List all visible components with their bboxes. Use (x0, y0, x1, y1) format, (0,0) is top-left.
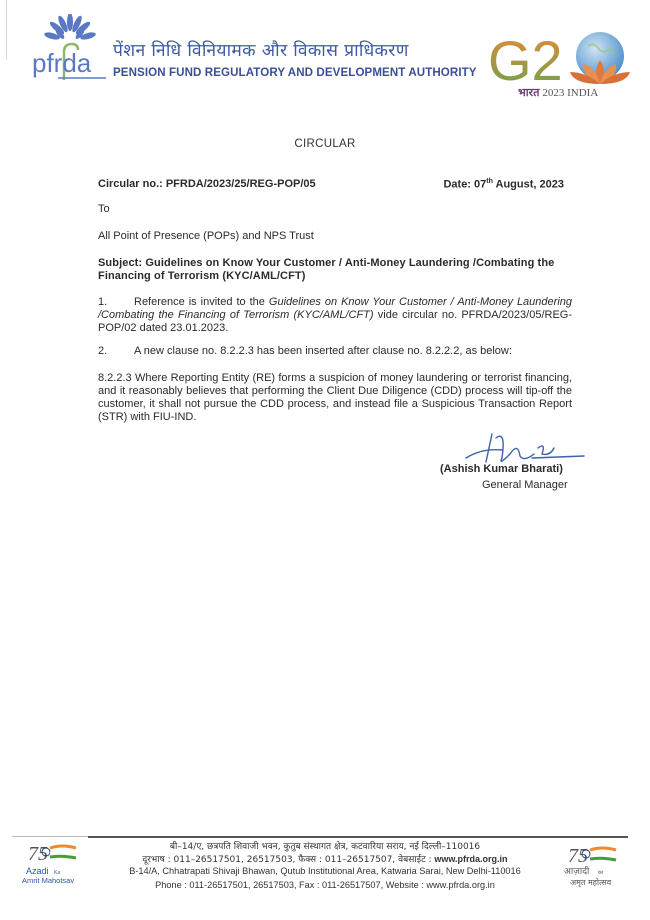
clause-8-2-2-3: 8.2.2.3 Where Reporting Entity (RE) form… (98, 372, 572, 424)
paragraph-2: 2.A new clause no. 8.2.2.3 has been inse… (98, 345, 572, 358)
footer-rule-left (12, 836, 88, 837)
svg-text:pfrda: pfrda (32, 48, 92, 78)
paragraph-text: A new clause no. 8.2.2.3 has been insert… (134, 345, 512, 357)
document-title: CIRCULAR (0, 138, 650, 150)
footer-website-link[interactable]: www.pfrda.org.in (434, 854, 507, 864)
date-sup: th (486, 178, 493, 185)
date-prefix: Date: 07 (443, 179, 486, 191)
signatory-name: (Ashish Kumar Bharati) (440, 463, 563, 475)
footer-rule (88, 836, 628, 838)
page-edge (6, 0, 7, 60)
org-name-hindi: पेंशन निधि विनियामक और विकास प्राधिकरण (113, 38, 409, 62)
paragraph-1: 1.Reference is invited to the Guidelines… (98, 296, 572, 335)
circular-date: Date: 07th August, 2023 (443, 178, 564, 191)
subject: Subject: Guidelines on Know Your Custome… (98, 257, 572, 283)
footer-address-english: B-14/A, Chhatrapati Shivaji Bhawan, Qutu… (0, 866, 650, 876)
footer-phone-hindi-text: दूरभाष : 011–26517501, 26517503, फैक्स :… (142, 855, 434, 865)
addressee: All Point of Presence (POPs) and NPS Tru… (98, 230, 314, 242)
azadi-ka-amrit-mahotsav-hindi-logo: 75 आज़ादी का अमृत महोत्सव (560, 842, 630, 888)
signature-scribble (462, 428, 587, 468)
paragraph-text: Reference is invited to the (134, 296, 269, 308)
paragraph-number: 2. (98, 345, 134, 358)
svg-text:आज़ादी: आज़ादी (564, 865, 590, 877)
footer-phone-hindi: दूरभाष : 011–26517501, 26517503, फैक्स :… (0, 852, 650, 865)
date-suffix: August, 2023 (493, 179, 564, 191)
to-label: To (98, 203, 110, 215)
paragraph-number: 1. (98, 296, 134, 309)
footer-address-hindi: बी–14/ए, छत्रपति शिवाजी भवन, कुतुब संस्थ… (0, 839, 650, 852)
svg-text:अमृत महोत्सव: अमृत महोत्सव (570, 877, 612, 888)
g20-caption-year: 2023 INDIA (542, 87, 598, 99)
circular-number: Circular no.: PFRDA/2023/25/REG-POP/05 (98, 178, 316, 190)
pfrda-logo: pfrda (30, 14, 110, 86)
g20-caption-hindi: भारत (518, 86, 539, 99)
svg-text:75: 75 (568, 845, 588, 867)
footer-phone-english: Phone : 011-26517501, 26517503, Fax : 01… (0, 880, 650, 890)
org-name-english: PENSION FUND REGULATORY AND DEVELOPMENT … (113, 65, 477, 79)
signatory-designation: General Manager (482, 479, 568, 491)
g20-caption: भारत2023 INDIA (518, 85, 598, 100)
svg-text:का: का (598, 870, 604, 876)
svg-text:G2: G2 (488, 29, 563, 92)
